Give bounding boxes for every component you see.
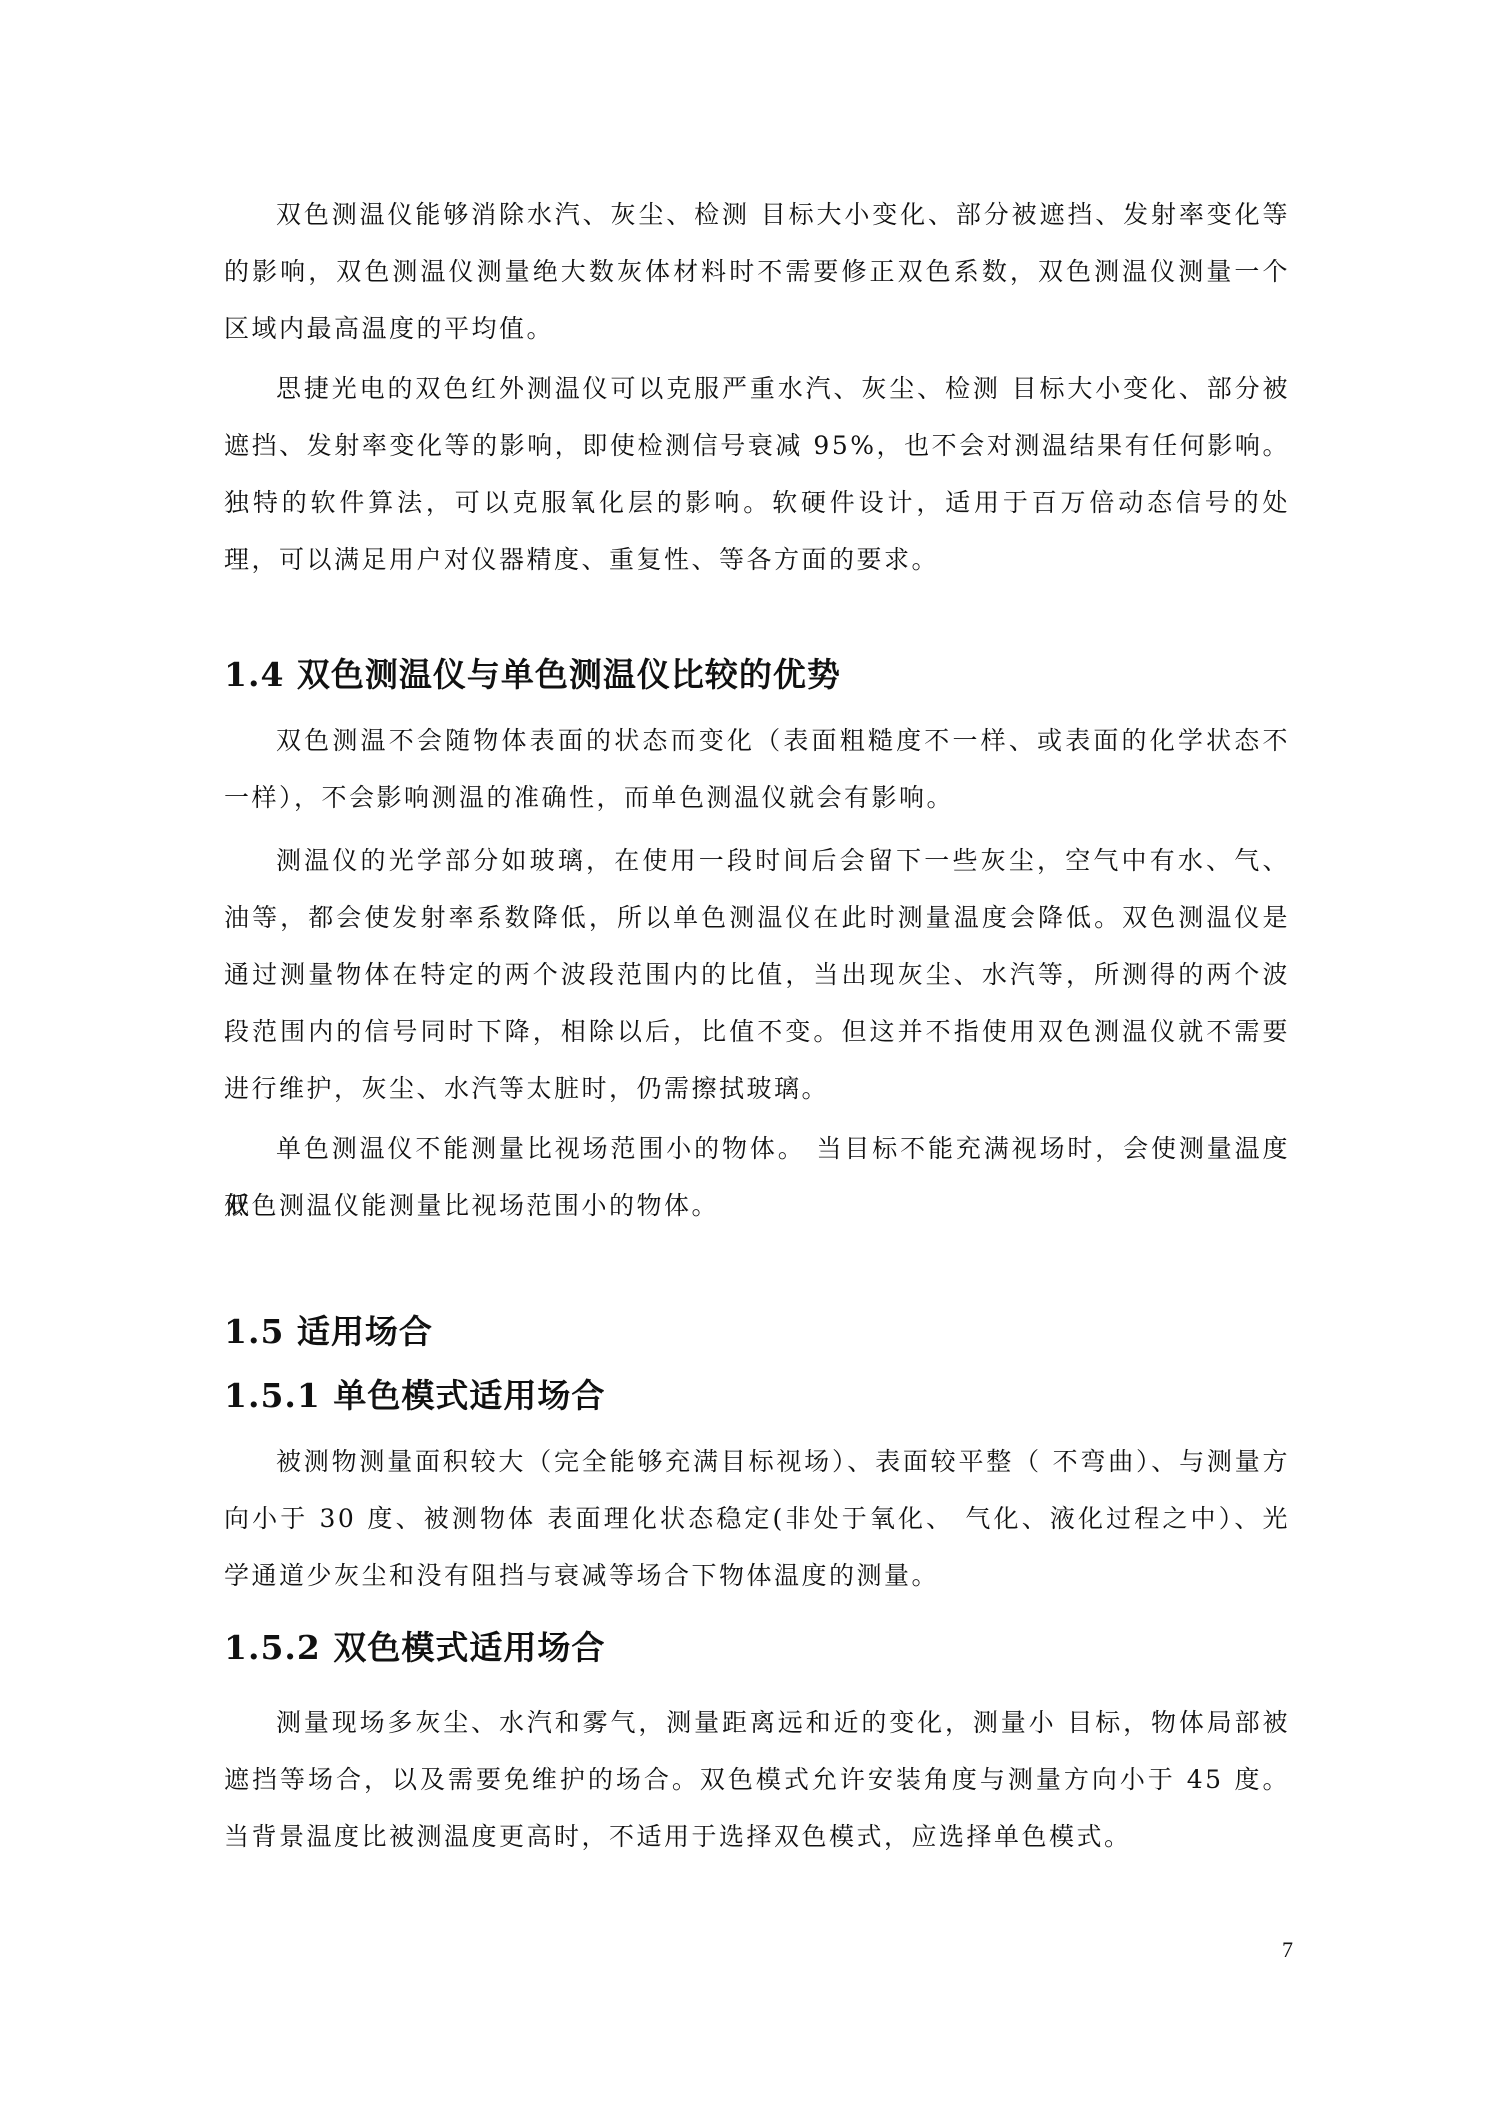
section-heading-1-4: 1.4 双色测温仪与单色测温仪比较的优势 [224, 655, 841, 695]
section-heading-1-5-1: 1.5.1 单色模式适用场合 [224, 1376, 605, 1416]
paragraph-surface-state: 双色测温不会随物体表面的状态而变化（表面粗糙度不一样、或表面的化学状态不一样），… [224, 712, 1290, 826]
paragraph-two-color-advantages: 双色测温仪能够消除水汽、灰尘、检测 目标大小变化、部分被遮挡、发射率变化等的影响… [224, 186, 1290, 357]
paragraph-sijie-two-color: 思捷光电的双色红外测温仪可以克服严重水汽、灰尘、检测 目标大小变化、部分被遮挡、… [224, 360, 1290, 588]
document-page: 双色测温仪能够消除水汽、灰尘、检测 目标大小变化、部分被遮挡、发射率变化等的影响… [0, 0, 1500, 2121]
section-heading-1-5: 1.5 适用场合 [224, 1312, 433, 1352]
page-number: 7 [1282, 1937, 1293, 1963]
paragraph-single-mode-usage: 被测物测量面积较大（完全能够充满目标视场）、表面较平整（ 不弯曲）、与测量方向小… [224, 1433, 1290, 1604]
section-heading-1-5-2: 1.5.2 双色模式适用场合 [224, 1628, 605, 1668]
paragraph-optics-dust: 测温仪的光学部分如玻璃，在使用一段时间后会留下一些灰尘，空气中有水、气、油等，都… [224, 832, 1290, 1117]
paragraph-two-color-mode-usage: 测量现场多灰尘、水汽和雾气，测量距离远和近的变化，测量小 目标，物体局部被遮挡等… [224, 1694, 1290, 1865]
paragraph-two-color-fov: 双色测温仪能测量比视场范围小的物体。 [224, 1177, 1290, 1234]
